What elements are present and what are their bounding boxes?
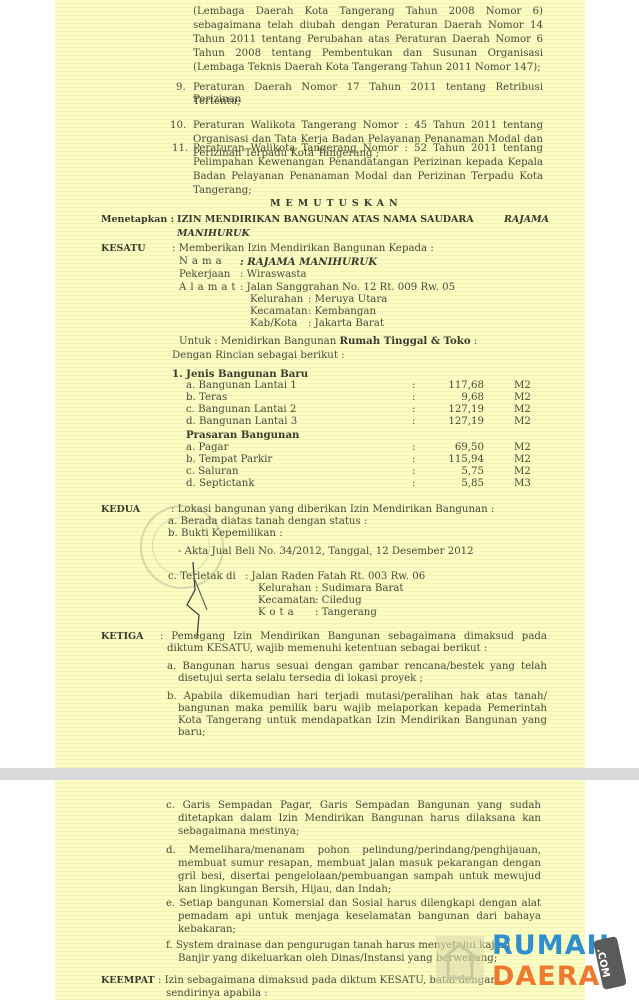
kelurahan-value: : Meruya Utara: [308, 294, 387, 306]
item-d-line: d. Memelihara/menanam pohon pelindung/pe…: [166, 845, 541, 857]
item10-number: 10.: [170, 120, 186, 132]
item8-line: (Lembaga Teknis Daerah Kota Tangerang Ta…: [193, 62, 541, 74]
item-c-line: c. Garis Sempadan Pagar, Garis Sempadan …: [166, 800, 541, 812]
item-e-line: pemadam api untuk menjaga keselamatan ba…: [178, 911, 541, 923]
colon: :: [412, 478, 415, 490]
kabkota-label: Kab/Kota: [250, 318, 297, 330]
keempat-line: sendirinya apabila :: [166, 988, 268, 1000]
item8-line: Tahun 2008 tentang Pembentukan dan Susun…: [193, 48, 543, 60]
colon: :: [412, 380, 415, 392]
prasarana-item-label: c. Saluran: [186, 466, 239, 478]
prasarana-item-label: d. Septictank: [186, 478, 255, 490]
watermark-top-text: RUMAH: [492, 930, 610, 961]
kecamatan-label: Kecamatan: [250, 306, 308, 318]
jenis-item-value: 9,68: [440, 392, 484, 404]
menetapkan-label: Menetapkan :: [101, 214, 174, 226]
jenis-item-label: b. Teras: [186, 392, 227, 404]
colon: :: [412, 454, 415, 466]
prasarana-item-label: b. Tempat Parkir: [186, 454, 272, 466]
prasarana-item-value: 69,50: [440, 442, 484, 454]
kesatu-intro: : Memberikan Izin Mendirikan Bangunan Ke…: [172, 243, 434, 255]
jenis-bangunan-heading: 1. Jenis Bangunan Baru: [172, 368, 308, 380]
ketiga-item-a-line: a. Bangunan harus sesuai dengan gambar r…: [167, 661, 547, 673]
item9-line: Tertentu;: [193, 96, 241, 108]
colon: :: [412, 442, 415, 454]
item11-line: Peraturan Walikota Tangerang Nomor : 52 …: [193, 143, 543, 155]
prasarana-item-unit: M2: [514, 454, 531, 466]
item9-number: 9.: [176, 82, 186, 94]
nama-value: : RAJAMA MANIHURUK: [240, 256, 377, 268]
kelurahan-label: Kelurahan: [250, 294, 303, 306]
item11-line: Tangerang;: [193, 185, 252, 197]
kabkota-value: : Jakarta Barat: [308, 318, 384, 330]
jenis-item-unit: M2: [514, 392, 531, 404]
item-e-line: kebakaran;: [178, 924, 236, 936]
jenis-item-label: c. Bangunan Lantai 2: [186, 404, 296, 416]
pekerjaan-value: : Wiraswasta: [240, 269, 307, 281]
untuk-building-type: Rumah Tinggal & Toko: [340, 335, 471, 347]
item-e-line: e. Setiap bangunan Komersial dan Sosial …: [166, 898, 541, 910]
jenis-item-value: 117,68: [440, 380, 484, 392]
item-c-line: sebagaimana mestinya;: [178, 826, 299, 838]
colon: :: [412, 404, 415, 416]
ketiga-item-a-line: disetujui serta selalu tersedia di lokas…: [178, 673, 423, 685]
item11-number: 11.: [172, 143, 188, 155]
terletak-value: : Jalan Raden Fatah Rt. 003 Rw. 06: [245, 571, 425, 583]
rumahdaerah-watermark: RUMAH DAERAH .COM: [430, 928, 635, 994]
kelurahan-label: Kelurahan: [258, 583, 311, 595]
prasarana-item-value: 5,75: [440, 466, 484, 478]
rincian-intro: Dengan Rincian sebagai berikut :: [172, 350, 345, 362]
keempat-label: KEEMPAT: [101, 975, 155, 987]
ketiga-item-b-line: b. Apabila dikemudian hari terjadi mutas…: [167, 691, 547, 703]
kecamatan-label: Kecamatan: [258, 595, 316, 607]
menetapkan-name-last: MANIHURUK: [177, 228, 250, 240]
memutuskan-heading: MEMUTUSKAN: [270, 198, 403, 210]
item11-line: Badan Pelayanan Penanaman Modal dan Peri…: [193, 171, 543, 183]
menetapkan-name-first: RAJAMA: [504, 214, 549, 226]
jenis-item-label: d. Bangunan Lantai 3: [186, 416, 297, 428]
untuk-line: Untuk : Menidirkan Bangunan Rumah Tingga…: [179, 335, 477, 348]
colon: :: [412, 392, 415, 404]
untuk-suffix: :: [471, 336, 478, 347]
prasarana-item-unit: M2: [514, 466, 531, 478]
kedua-item-b: b. Bukti Kepemilikan :: [168, 528, 283, 540]
page-separator: [0, 768, 639, 780]
kesatu-label: KESATU: [101, 243, 146, 255]
kelurahan-value: : Sudimara Barat: [315, 583, 404, 595]
item8-line: sebagaimana telah diubah dengan Peratura…: [193, 20, 543, 32]
colon: :: [412, 416, 415, 428]
prasarana-item-label: a. Pagar: [186, 442, 229, 454]
item9-line: Peraturan Daerah Nomor 17 Tahun 2011 ten…: [193, 82, 543, 106]
prasarana-item-unit: M3: [514, 478, 531, 490]
item8-line: (Lembaga Daerah Kota Tangerang Tahun 200…: [193, 6, 543, 18]
jenis-item-label: a. Bangunan Lantai 1: [186, 380, 297, 392]
nama-label: Nama: [179, 256, 226, 268]
ketiga-item-b-line: bangunan maka pemilik baru wajib melapor…: [178, 703, 547, 715]
item-d-line: kan lingkungan Bersih, Hijau, dan Indah;: [178, 884, 391, 896]
prasarana-item-value: 115,94: [440, 454, 484, 466]
jenis-item-value: 127,19: [440, 416, 484, 428]
alamat-label: Alamat: [179, 282, 240, 294]
kedua-intro: : Lokasi bangunan yang diberikan Izin Me…: [171, 504, 494, 516]
item10-line: Peraturan Walikota Tangerang Nomor : 45 …: [193, 120, 543, 132]
terletak-label: c. Terletak di: [168, 571, 236, 583]
item11-line: Pelimpahan Kewenangan Penandatangan Peri…: [193, 157, 543, 169]
jenis-item-value: 127,19: [440, 404, 484, 416]
prasarana-item-unit: M2: [514, 442, 531, 454]
ketiga-item-b-line: baru;: [178, 727, 205, 739]
item-d-line: gril besi, disertai pengelolaan/pembuang…: [178, 871, 541, 883]
house-icon: [436, 936, 484, 984]
akta-jual-beli: - Akta Jual Beli No. 34/2012, Tanggal, 1…: [178, 546, 474, 558]
prasarana-heading: Prasaran Bangunan: [186, 429, 299, 441]
kedua-label: KEDUA: [101, 504, 140, 516]
alamat-value: : Jalan Sanggrahan No. 12 Rt. 009 Rw. 05: [240, 282, 455, 294]
ketiga-intro-line: : Pemegang Izin Mendirikan Bangunan seba…: [160, 631, 547, 643]
kedua-item-a: a. Berada diatas tanah dengan status :: [168, 516, 367, 528]
jenis-item-unit: M2: [514, 380, 531, 392]
jenis-item-unit: M2: [514, 416, 531, 428]
kecamatan-value: : Ciledug: [315, 595, 362, 607]
item-d-line: membuat sumur resapan, membuat jalan mas…: [178, 858, 541, 870]
item-c-line: ditetapkan dalam Izin Mendirikan Banguna…: [178, 813, 541, 825]
kota-label: Kota: [258, 607, 298, 619]
prasarana-item-value: 5,85: [440, 478, 484, 490]
untuk-prefix: Untuk : Menidirkan Bangunan: [179, 336, 336, 347]
kota-value: : Tangerang: [315, 607, 377, 619]
kecamatan-value: : Kembangan: [308, 306, 376, 318]
pekerjaan-label: Pekerjaan: [179, 269, 230, 281]
ketiga-intro-line: diktum KESATU, wajib memenuhi ketentuan …: [167, 643, 487, 655]
colon: :: [412, 466, 415, 478]
item8-line: Tahun 2011 tentang Perubahan atas Peratu…: [193, 34, 543, 46]
ketiga-label: KETIGA: [101, 631, 144, 643]
menetapkan-title: IZIN MENDIRIKAN BANGUNAN ATAS NAMA SAUDA…: [177, 214, 474, 226]
jenis-item-unit: M2: [514, 404, 531, 416]
ketiga-item-b-line: Kota Tangerang untuk mendapatkan Izin Me…: [178, 715, 547, 727]
